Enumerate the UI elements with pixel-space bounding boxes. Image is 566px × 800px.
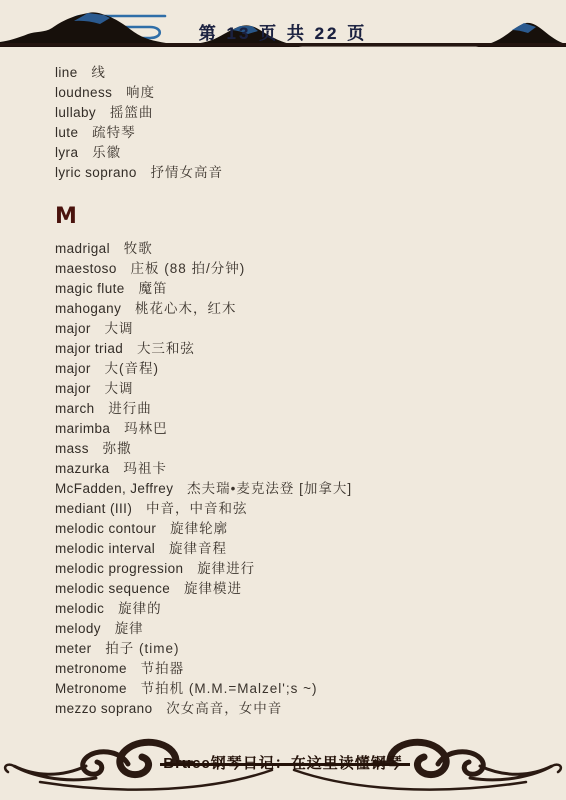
entry-translation: 线 [91,65,106,80]
glossary-entry: metronome 节拍器 [55,659,546,679]
entry-term: march [55,401,95,416]
entry-term: mass [55,441,89,456]
entry-term: Metronome [55,681,127,696]
glossary-entry: lute 疏特琴 [55,123,546,143]
glossary-entry: mazurka 玛祖卡 [55,459,546,479]
entry-translation: 庄板 (88 拍/分钟) [131,261,246,276]
entry-translation: 响度 [126,85,155,100]
glossary-entry: melodic interval 旋律音程 [55,539,546,559]
entry-translation: 魔笛 [138,281,167,296]
entry-translation: 牧歌 [124,241,153,256]
entry-term: melodic [55,601,104,616]
entry-term: major triad [55,341,123,356]
entry-term: mazurka [55,461,110,476]
entry-translation: 玛祖卡 [123,461,167,476]
entry-term: major [55,381,91,396]
glossary-entry: lullaby 摇篮曲 [55,103,546,123]
entry-translation: 旋律 [115,621,144,636]
entry-term: line [55,65,78,80]
entry-translation: 旋律轮廓 [170,521,228,536]
entry-translation: 杰夫瑞•麦克法登 [加拿大] [187,481,352,496]
footer-brand-text: Bruce钢琴日记：在这里读懂钢琴 [0,752,566,773]
entry-translation: 大调 [105,381,134,396]
glossary-entry: melody 旋律 [55,619,546,639]
entry-term: lyric soprano [55,165,137,180]
entry-term: major [55,361,91,376]
entry-translation: 节拍器 [141,661,185,676]
glossary-entry: march 进行曲 [55,399,546,419]
glossary-entry: McFadden, Jeffrey 杰夫瑞•麦克法登 [加拿大] [55,479,546,499]
entry-term: metronome [55,661,127,676]
entry-term: major [55,321,91,336]
glossary-entry: marimba 玛林巴 [55,419,546,439]
glossary-entry: melodic progression 旋律进行 [55,559,546,579]
glossary-entry: magic flute 魔笛 [55,279,546,299]
entry-translation: 旋律模进 [184,581,242,596]
glossary-entry: madrigal 牧歌 [55,239,546,259]
entry-term: lyra [55,145,78,160]
entry-term: melodic interval [55,541,155,556]
entry-translation: 抒情女高音 [151,165,224,180]
entry-translation: 旋律的 [118,601,162,616]
glossary-entry: Metronome 节拍机 (M.M.=Malzel';s ~) [55,679,546,699]
entry-term: magic flute [55,281,125,296]
entry-term: melodic sequence [55,581,170,596]
entry-translation: 大三和弦 [137,341,195,356]
entry-translation: 次女高音，女中音 [166,701,282,716]
entry-term: lullaby [55,105,96,120]
entry-term: loudness [55,85,112,100]
glossary-entry: mass 弥撒 [55,439,546,459]
glossary-entry: mahogany 桃花心木，红木 [55,299,546,319]
glossary-entry: melodic contour 旋律轮廓 [55,519,546,539]
glossary-entry: melodic 旋律的 [55,599,546,619]
entry-translation: 旋律音程 [169,541,227,556]
entry-translation: 摇篮曲 [110,105,154,120]
glossary-entry: line 线 [55,63,546,83]
glossary-entry: major triad 大三和弦 [55,339,546,359]
entry-term: meter [55,641,92,656]
entry-term: mahogany [55,301,121,316]
entry-translation: 疏特琴 [92,125,136,140]
entry-term: melodic contour [55,521,156,536]
entry-translation: 桃花心木，红木 [135,301,237,316]
glossary-list-top: line 线 loudness 响度 lullaby 摇篮曲 lute 疏特琴 … [55,63,546,183]
entry-translation: 拍子 (time) [105,641,179,656]
glossary-entry: meter 拍子 (time) [55,639,546,659]
entry-term: mediant (III) [55,501,132,516]
glossary-entry: mediant (III) 中音，中音和弦 [55,499,546,519]
glossary: line 线 loudness 响度 lullaby 摇篮曲 lute 疏特琴 … [55,50,546,719]
section-letter: M [55,205,546,229]
entry-translation: 大(音程) [105,361,160,376]
glossary-entry: major 大调 [55,319,546,339]
entry-term: marimba [55,421,110,436]
entry-term: maestoso [55,261,117,276]
entry-term: mezzo soprano [55,701,153,716]
glossary-entry: lyra 乐徽 [55,143,546,163]
entry-translation: 旋律进行 [197,561,255,576]
glossary-entry: loudness 响度 [55,83,546,103]
entry-translation: 节拍机 (M.M.=Malzel';s ~) [141,681,318,696]
entry-translation: 玛林巴 [124,421,168,436]
glossary-entry: maestoso 庄板 (88 拍/分钟) [55,259,546,279]
glossary-entry: major 大调 [55,379,546,399]
entry-term: McFadden, Jeffrey [55,481,173,496]
page-footer: Bruce钢琴日记：在这里读懂钢琴 [0,730,566,800]
entry-translation: 乐徽 [92,145,121,160]
entry-term: melodic progression [55,561,183,576]
entry-term: madrigal [55,241,110,256]
glossary-entry: major 大(音程) [55,359,546,379]
entry-translation: 弥撒 [103,441,132,456]
glossary-entry: mezzo soprano 次女高音，女中音 [55,699,546,719]
entry-translation: 中音，中音和弦 [146,501,248,516]
page-indicator: 第 13 页 共 22 页 [0,19,566,44]
page-header: 第 13 页 共 22 页 [0,0,566,50]
glossary-entry: melodic sequence 旋律模进 [55,579,546,599]
glossary-list-m: madrigal 牧歌 maestoso 庄板 (88 拍/分钟) magic … [55,239,546,719]
entry-term: melody [55,621,101,636]
entry-translation: 进行曲 [108,401,152,416]
glossary-entry: lyric soprano 抒情女高音 [55,163,546,183]
entry-term: lute [55,125,78,140]
entry-translation: 大调 [105,321,134,336]
document-page: 第 13 页 共 22 页 line 线 loudness 响度 lullaby… [0,0,566,800]
